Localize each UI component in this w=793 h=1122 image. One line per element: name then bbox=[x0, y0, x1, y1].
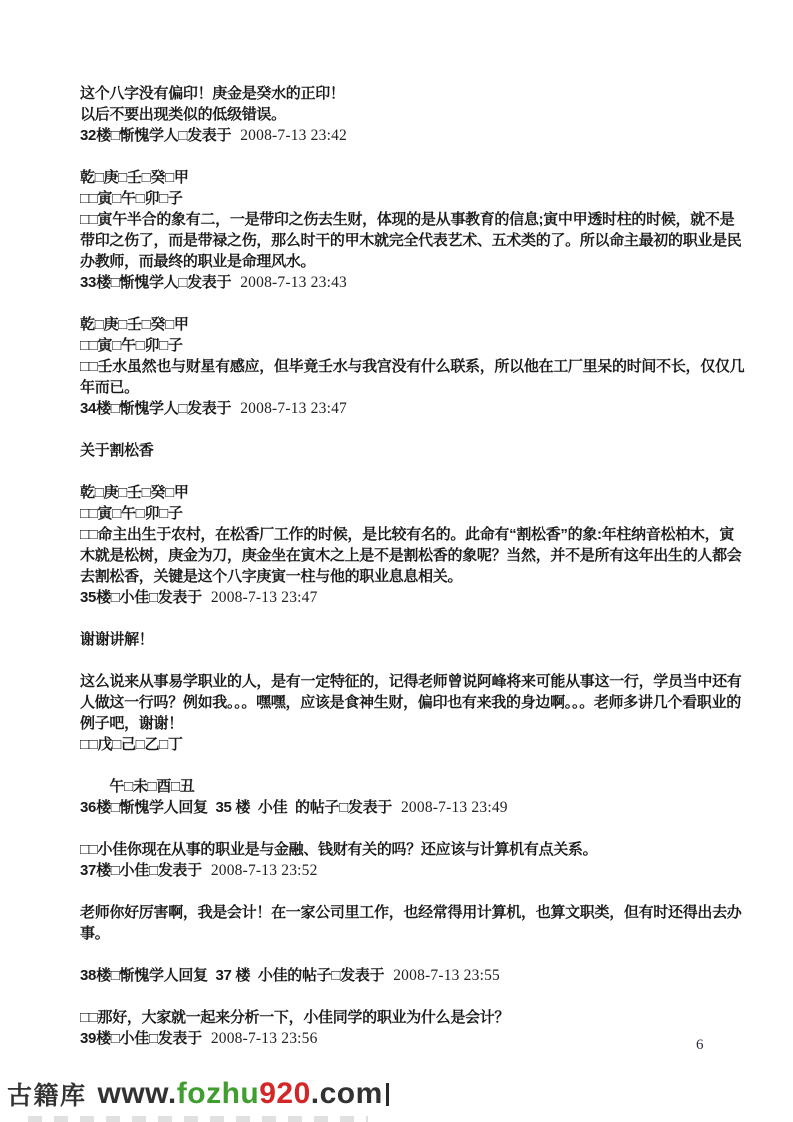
blank-line bbox=[80, 986, 744, 1007]
text-line: 带印之伤了，而是带禄之伤，那么时干的甲木就完全代表艺术、五术类的了。所以命主最初… bbox=[80, 230, 744, 251]
post-timestamp: 2008-7-13 23:55 bbox=[393, 967, 500, 984]
text-line: 以后不要出现类似的低级错误。 bbox=[80, 104, 744, 125]
post-timestamp: 2008-7-13 23:42 bbox=[240, 127, 347, 144]
post-meta-line: 37楼□小佳□发表于2008-7-13 23:52 bbox=[80, 860, 744, 881]
page-number: 6 bbox=[696, 1037, 704, 1054]
post-timestamp: 2008-7-13 23:52 bbox=[211, 862, 318, 879]
post-floor-author: 37楼□小佳□发表于 bbox=[80, 862, 202, 879]
text-line: 关于割松香 bbox=[80, 440, 744, 461]
text-line: □□寅□午□卯□子 bbox=[80, 188, 744, 209]
text-line: □□寅□午□卯□子 bbox=[80, 335, 744, 356]
post-meta-line: 33楼□惭愧学人□发表于2008-7-13 23:43 bbox=[80, 272, 744, 293]
text-line: 午□未□酉□丑 bbox=[80, 776, 744, 797]
post-timestamp: 2008-7-13 23:43 bbox=[240, 274, 347, 291]
post-floor-author: 35楼□小佳□发表于 bbox=[80, 589, 202, 606]
text-line: □□戊□己□乙□丁 bbox=[80, 734, 744, 755]
post-floor-author: 36楼□惭愧学人回复 35 楼 小佳 的帖子□发表于 bbox=[80, 799, 392, 816]
blank-line bbox=[80, 419, 744, 440]
text-line: 办教师，而最终的职业是命理风水。 bbox=[80, 251, 744, 272]
text-line: 乾□庚□壬□癸□甲 bbox=[80, 314, 744, 335]
text-line: □□小佳你现在从事的职业是与金融、钱财有关的吗？还应该与计算机有点关系。 bbox=[80, 839, 744, 860]
watermark-url-www: www. bbox=[98, 1077, 177, 1110]
post-floor-author: 38楼□惭愧学人回复 37 楼 小佳的帖子□发表于 bbox=[80, 967, 384, 984]
text-line: 去割松香，关键是这个八字庚寅一柱与他的职业息息相关。 bbox=[80, 566, 744, 587]
blank-line bbox=[80, 608, 744, 629]
scan-artifact bbox=[28, 1116, 368, 1122]
watermark-site-name: 古籍库 bbox=[7, 1076, 87, 1112]
post-floor-author: 33楼□惭愧学人□发表于 bbox=[80, 274, 231, 291]
text-line: 事。 bbox=[80, 923, 744, 944]
post-meta-line: 36楼□惭愧学人回复 35 楼 小佳 的帖子□发表于2008-7-13 23:4… bbox=[80, 797, 744, 818]
text-line: 木就是松树，庚金为刀，庚金坐在寅木之上是不是割松香的象呢？当然，并不是所有这年出… bbox=[80, 545, 744, 566]
text-line: 乾□庚□壬□癸□甲 bbox=[80, 482, 744, 503]
watermark-url-domain: fozhu bbox=[177, 1077, 259, 1110]
text-line: 谢谢讲解！ bbox=[80, 629, 744, 650]
post-meta-line: 32楼□惭愧学人□发表于2008-7-13 23:42 bbox=[80, 125, 744, 146]
post-meta-line: 34楼□惭愧学人□发表于2008-7-13 23:47 bbox=[80, 398, 744, 419]
text-line: □□寅□午□卯□子 bbox=[80, 503, 744, 524]
post-timestamp: 2008-7-13 23:49 bbox=[401, 799, 508, 816]
watermark-url: www.fozhu920.com bbox=[98, 1077, 383, 1111]
blank-line bbox=[80, 146, 744, 167]
blank-line bbox=[80, 881, 744, 902]
watermark-url-number: 920 bbox=[259, 1077, 311, 1110]
text-line: 例子吧，谢谢！ bbox=[80, 713, 744, 734]
text-line: □□命主出生于农村，在松香厂工作的时候，是比较有名的。此命有“割松香”的象:年柱… bbox=[80, 524, 744, 545]
watermark-url-tld: .com bbox=[311, 1077, 383, 1110]
post-timestamp: 2008-7-13 23:47 bbox=[211, 589, 318, 606]
text-line: 这么说来从事易学职业的人，是有一定特征的，记得老师曾说阿峰将来可能从事这一行，学… bbox=[80, 671, 744, 692]
blank-line bbox=[80, 755, 744, 776]
clipped-glyph-icon bbox=[386, 1083, 389, 1106]
text-line: □□壬水虽然也与财星有感应，但毕竟壬水与我宫没有什么联系，所以他在工厂里呆的时间… bbox=[80, 356, 744, 377]
post-meta-line: 39楼□小佳□发表于2008-7-13 23:56 bbox=[80, 1028, 744, 1049]
blank-line bbox=[80, 650, 744, 671]
text-line: 老师你好厉害啊，我是会计！在一家公司里工作，也经常得用计算机，也算文职类，但有时… bbox=[80, 902, 744, 923]
post-floor-author: 34楼□惭愧学人□发表于 bbox=[80, 400, 231, 417]
post-meta-line: 38楼□惭愧学人回复 37 楼 小佳的帖子□发表于2008-7-13 23:55 bbox=[80, 965, 744, 986]
watermark: 古籍库 www.fozhu920.com bbox=[7, 1074, 389, 1114]
text-line: □□寅午半合的象有二，一是带印之伤去生财，体现的是从事教育的信息;寅中甲透时柱的… bbox=[80, 209, 744, 230]
text-line: 这个八字没有偏印！庚金是癸水的正印！ bbox=[80, 83, 744, 104]
post-floor-author: 32楼□惭愧学人□发表于 bbox=[80, 127, 231, 144]
blank-line bbox=[80, 461, 744, 482]
text-line: 乾□庚□壬□癸□甲 bbox=[80, 167, 744, 188]
post-meta-line: 35楼□小佳□发表于2008-7-13 23:47 bbox=[80, 587, 744, 608]
post-timestamp: 2008-7-13 23:47 bbox=[240, 400, 347, 417]
blank-line bbox=[80, 944, 744, 965]
document-page: 这个八字没有偏印！庚金是癸水的正印！以后不要出现类似的低级错误。32楼□惭愧学人… bbox=[0, 0, 793, 1122]
text-line: 人做这一行吗？例如我。。。嘿嘿，应该是食神生财，偏印也有来我的身边啊。。。老师多… bbox=[80, 692, 744, 713]
post-floor-author: 39楼□小佳□发表于 bbox=[80, 1030, 202, 1047]
text-line: □□那好，大家就一起来分析一下，小佳同学的职业为什么是会计？ bbox=[80, 1007, 744, 1028]
post-timestamp: 2008-7-13 23:56 bbox=[211, 1030, 318, 1047]
text-line: 年而已。 bbox=[80, 377, 744, 398]
blank-line bbox=[80, 293, 744, 314]
document-body: 这个八字没有偏印！庚金是癸水的正印！以后不要出现类似的低级错误。32楼□惭愧学人… bbox=[80, 83, 744, 1049]
blank-line bbox=[80, 818, 744, 839]
